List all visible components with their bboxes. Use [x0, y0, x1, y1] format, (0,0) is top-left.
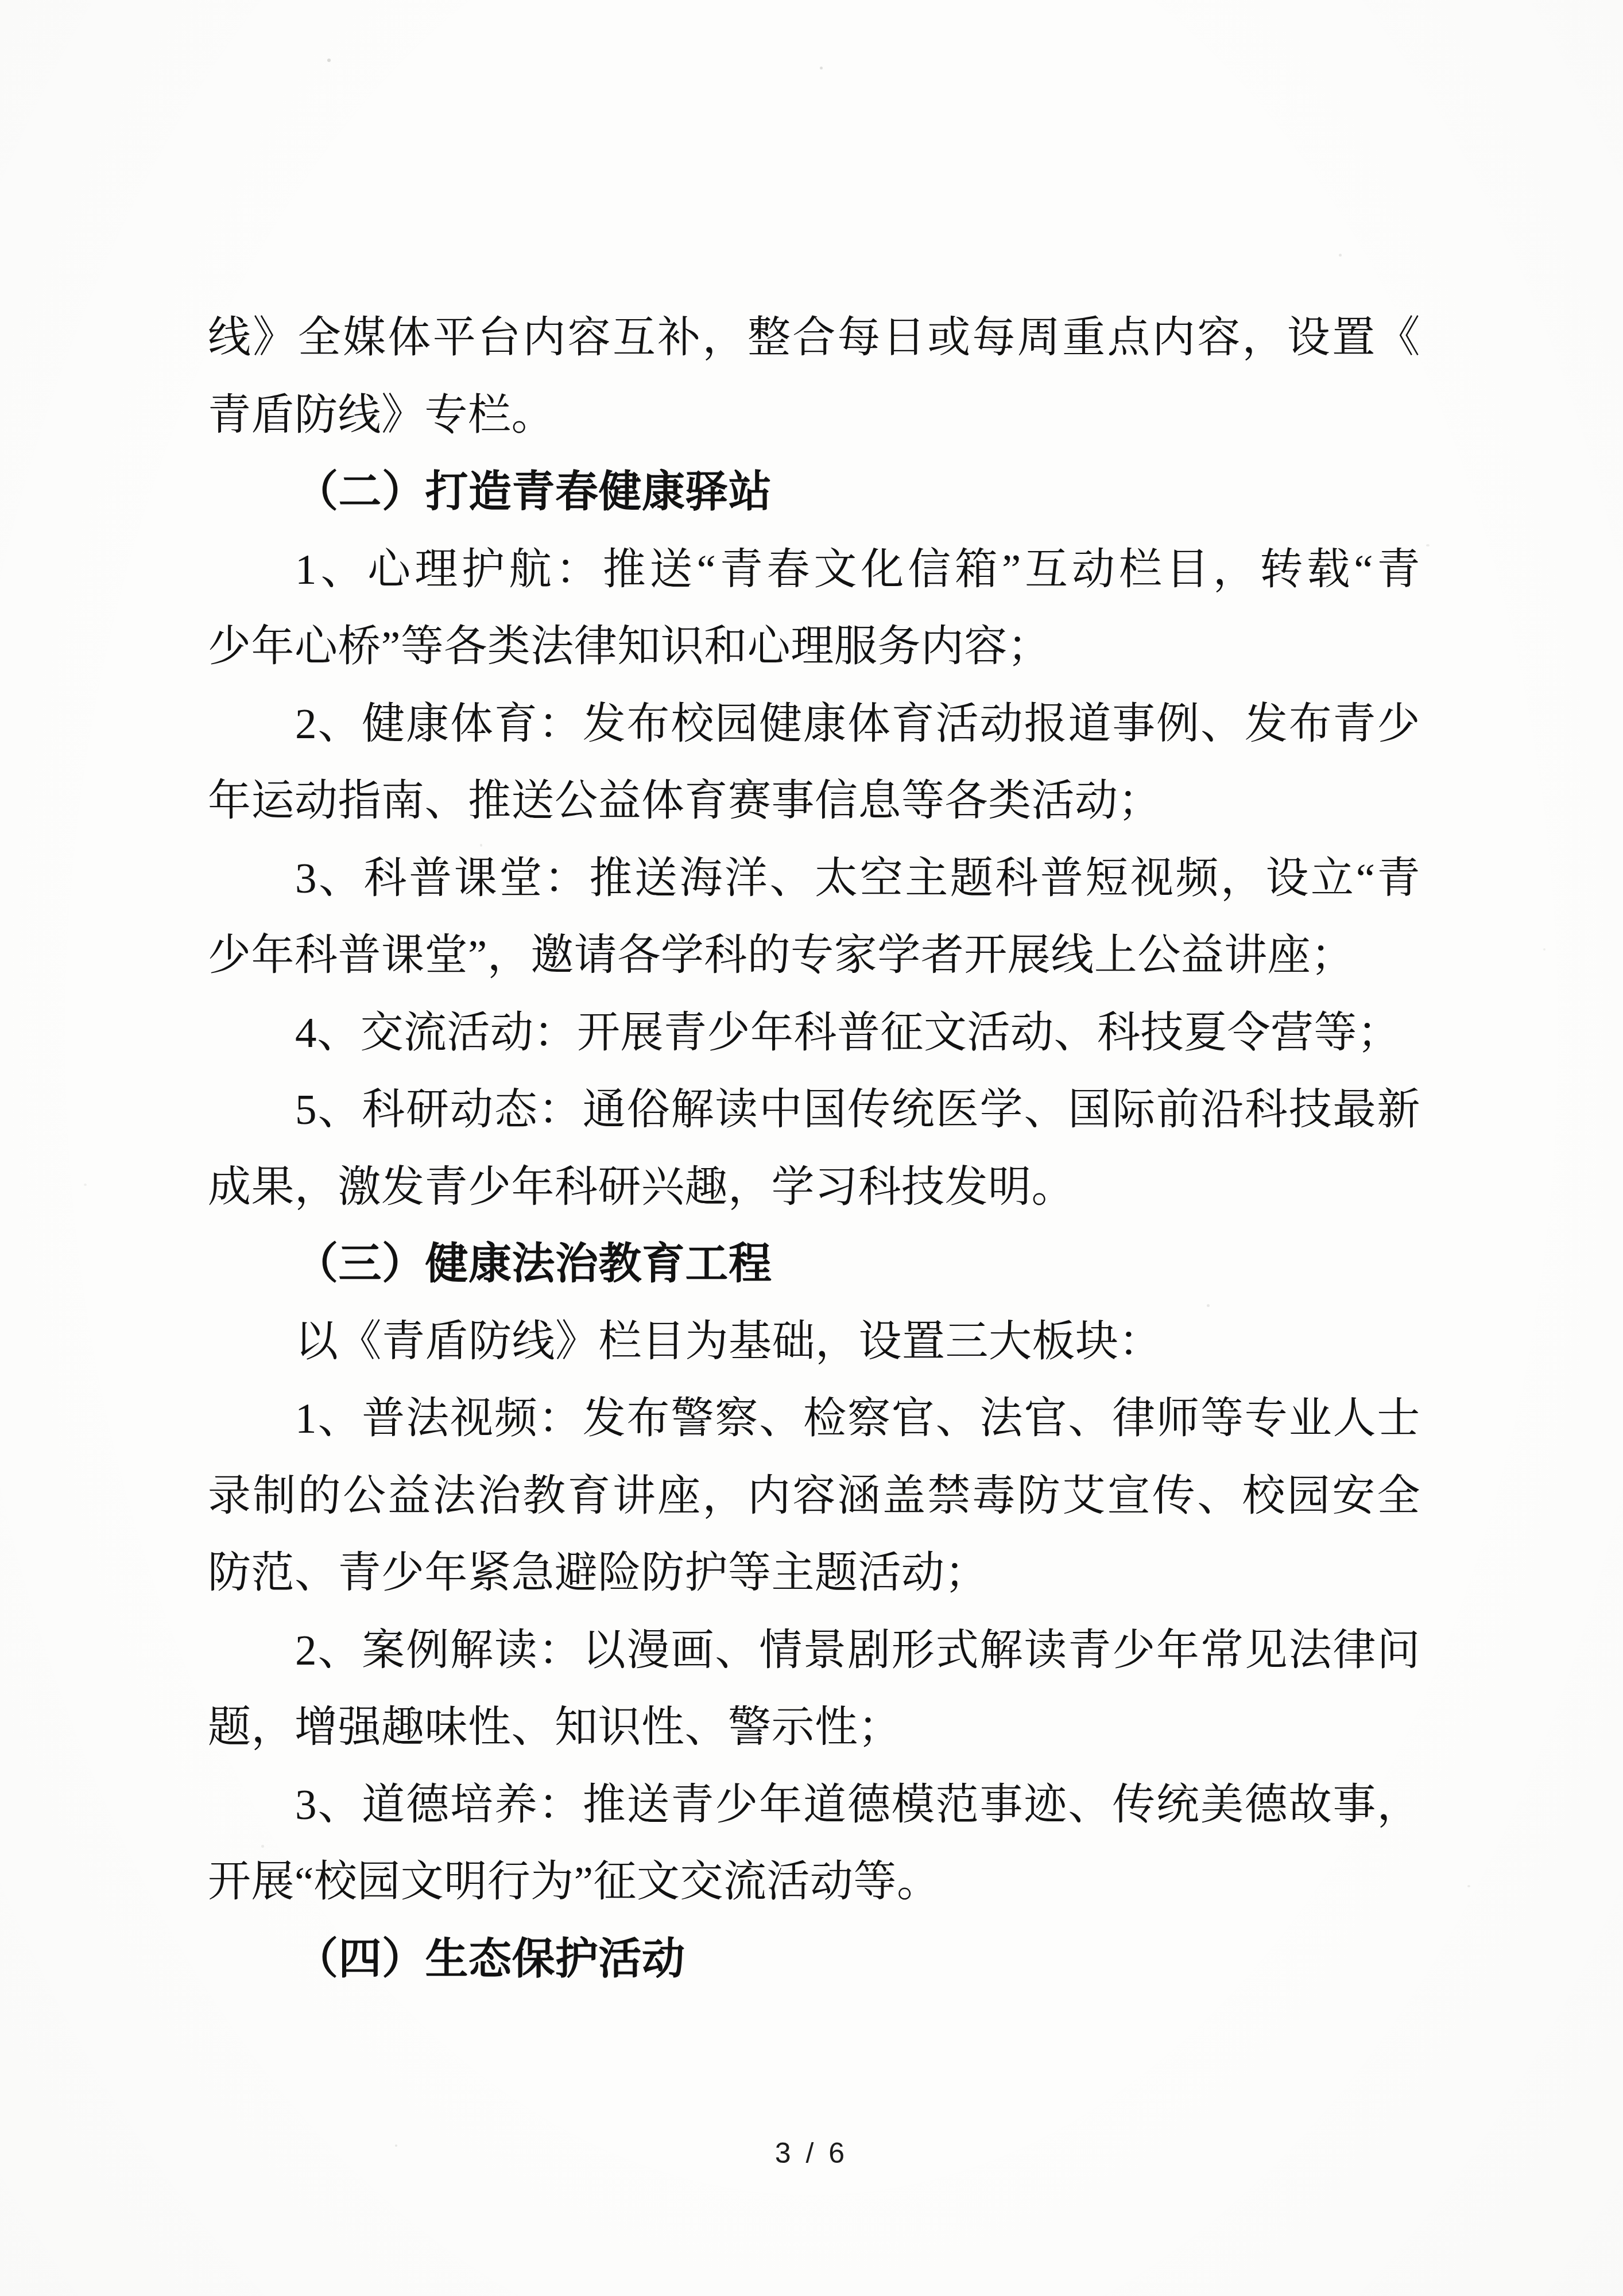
doc-line: 以《青盾防线》栏目为基础，设置三大板块： — [208, 1304, 1420, 1381]
doc-line: 少年心桥”等各类法律知识和心理服务内容； — [208, 608, 1420, 686]
doc-line: 1、心理护航：推送“青春文化信箱”互动栏目，转载“青 — [208, 532, 1420, 609]
scan-speck — [1339, 254, 1342, 257]
doc-line: 3、科普课堂：推送海洋、太空主题科普短视频，设立“青 — [208, 840, 1420, 918]
scan-speck — [820, 67, 823, 69]
doc-line: 线》全媒体平台内容互补，整合每日或每周重点内容，设置《 — [208, 300, 1420, 377]
doc-line: 青盾防线》专栏。 — [208, 377, 1420, 455]
scan-speck — [327, 59, 331, 62]
section-heading: （四）生态保护活动 — [208, 1921, 1420, 1999]
doc-line: 年运动指南、推送公益体育赛事信息等各类活动； — [208, 763, 1420, 840]
doc-line: 2、案例解读：以漫画、情景剧形式解读青少年常见法律问 — [208, 1612, 1420, 1690]
section-heading: （二）打造青春健康驿站 — [208, 454, 1420, 532]
doc-line: 5、科研动态：通俗解读中国传统医学、国际前沿科技最新 — [208, 1072, 1420, 1149]
doc-line: 成果，激发青少年科研兴趣，学习科技发明。 — [208, 1149, 1420, 1227]
scanned-document-page: 线》全媒体平台内容互补，整合每日或每周重点内容，设置《 青盾防线》专栏。 （二）… — [0, 0, 1623, 2296]
doc-line: 防范、青少年紧急避险防护等主题活动； — [208, 1535, 1420, 1612]
doc-line: 4、交流活动：开展青少年科普征文活动、科技夏令营等； — [208, 995, 1420, 1072]
doc-line: 录制的公益法治教育讲座，内容涵盖禁毒防艾宣传、校园安全 — [208, 1458, 1420, 1535]
scan-speck — [1543, 948, 1545, 951]
doc-line: 题，增强趣味性、知识性、警示性； — [208, 1689, 1420, 1767]
doc-line: 1、普法视频：发布警察、检察官、法官、律师等专业人士 — [208, 1380, 1420, 1458]
scan-speck — [1426, 544, 1430, 546]
page-number: 3 / 6 — [775, 2137, 848, 2169]
doc-line: 2、健康体育：发布校园健康体育活动报道事例、发布青少 — [208, 686, 1420, 763]
doc-line: 3、道德培养：推送青少年道德模范事迹、传统美德故事， — [208, 1767, 1420, 1844]
doc-line: 少年科普课堂”，邀请各学科的专家学者开展线上公益讲座； — [208, 917, 1420, 995]
page-footer: 3 / 6 — [0, 2136, 1623, 2170]
doc-line: 开展“校园文明行为”征文交流活动等。 — [208, 1844, 1420, 1921]
section-heading: （三）健康法治教育工程 — [208, 1226, 1420, 1304]
scan-speck — [84, 1184, 87, 1186]
document-body: 线》全媒体平台内容互补，整合每日或每周重点内容，设置《 青盾防线》专栏。 （二）… — [208, 300, 1420, 1998]
scan-speck — [1467, 1885, 1470, 1887]
